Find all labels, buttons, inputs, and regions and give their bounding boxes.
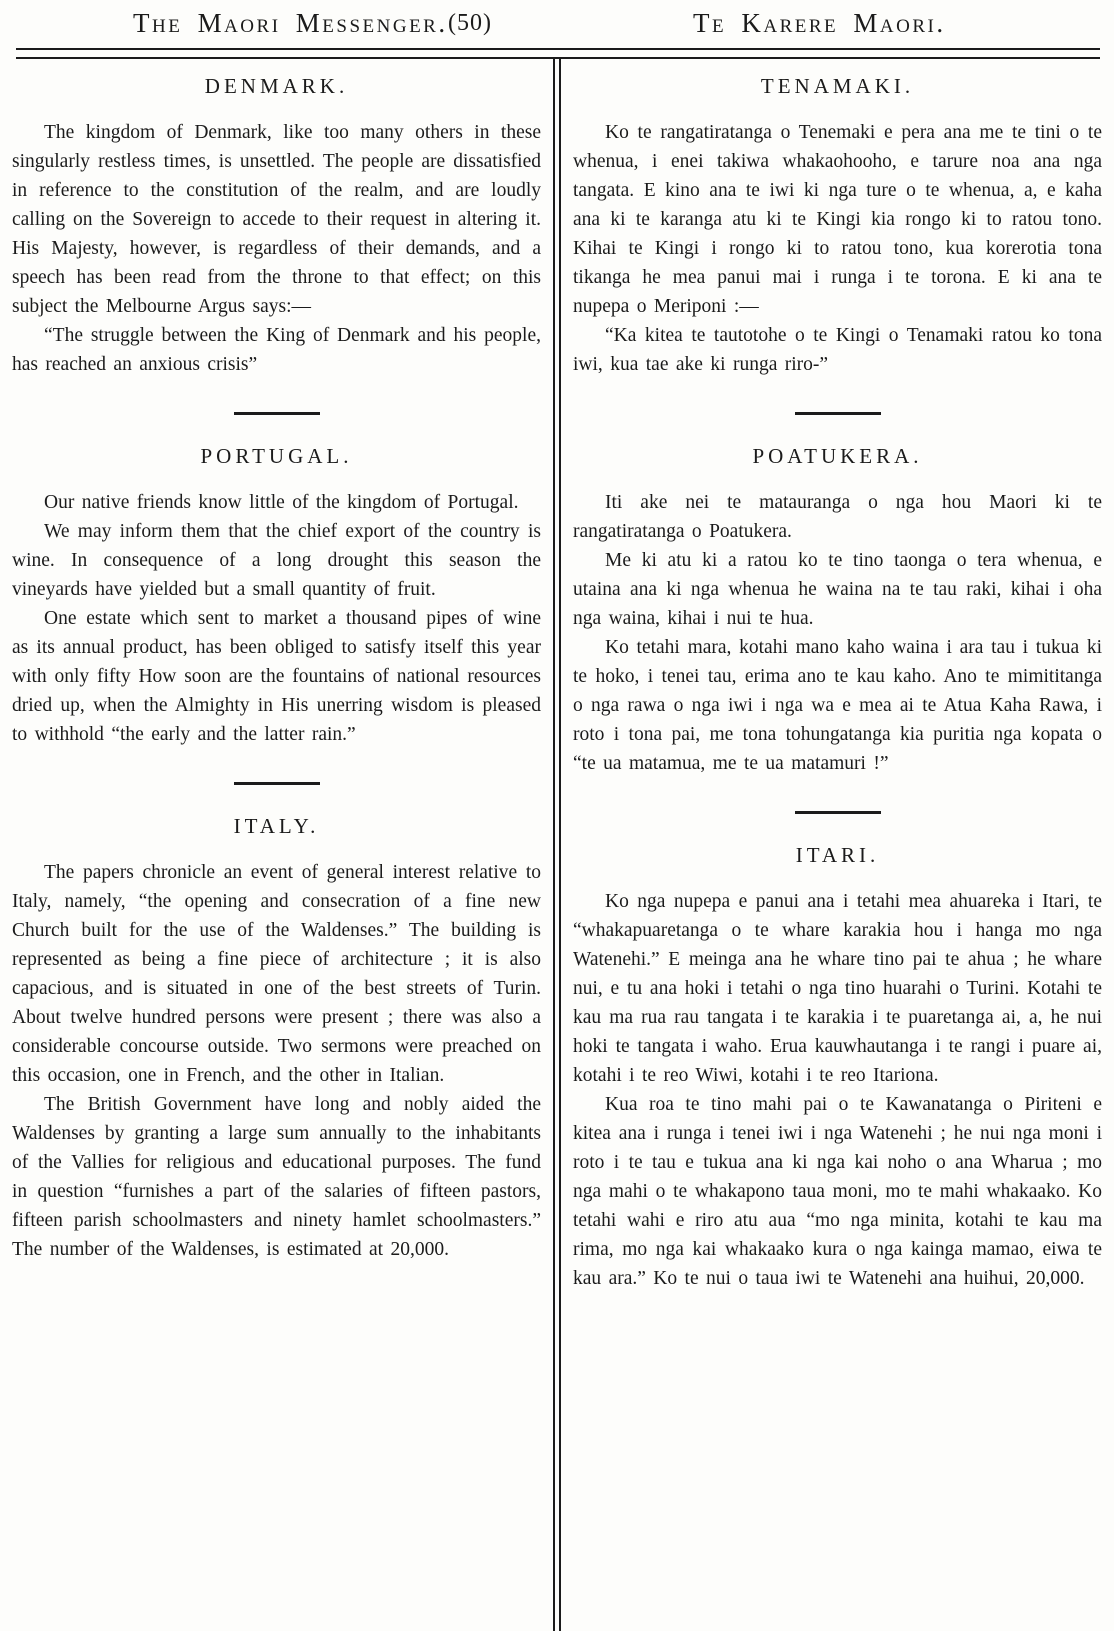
masthead: The Maori Messenger. (50) Te Karere Maor…	[0, 0, 1114, 48]
article-denmark: DENMARK. The kingdom of Denmark, like to…	[12, 72, 541, 379]
section-divider	[795, 811, 881, 814]
article-italy: ITALY. The papers chronicle an event of …	[12, 812, 541, 1264]
article-paragraph: Ko tetahi mara, kotahi mano kaho waina i…	[573, 633, 1102, 778]
article-paragraph: The papers chronicle an event of general…	[12, 858, 541, 1090]
article-paragraph: One estate which sent to market a thousa…	[12, 604, 541, 749]
article-paragraph: Our native friends know little of the ki…	[12, 488, 541, 517]
article-itari: ITARI. Ko nga nupepa e panui ana i tetah…	[573, 841, 1102, 1293]
article-paragraph: “Ka kitea te tautotohe o te Kingi o Tena…	[573, 321, 1102, 379]
article-paragraph: Iti ake nei te matauranga o nga hou Maor…	[573, 488, 1102, 546]
newspaper-page: The Maori Messenger. (50) Te Karere Maor…	[0, 0, 1114, 1631]
section-divider	[795, 412, 881, 415]
section-heading-poatukera: POATUKERA.	[573, 442, 1102, 471]
page-body: DENMARK. The kingdom of Denmark, like to…	[0, 59, 1114, 1631]
section-heading-italy: ITALY.	[12, 812, 541, 841]
masthead-double-rule	[16, 48, 1100, 59]
section-heading-itari: ITARI.	[573, 841, 1102, 870]
article-tenamaki: TENAMAKI. Ko te rangatiratanga o Tenemak…	[573, 72, 1102, 379]
article-poatukera: POATUKERA. Iti ake nei te matauranga o n…	[573, 442, 1102, 778]
english-column: DENMARK. The kingdom of Denmark, like to…	[0, 59, 553, 1631]
masthead-left-title: The Maori Messenger.	[133, 8, 448, 39]
section-heading-portugal: PORTUGAL.	[12, 442, 541, 471]
article-paragraph: Me ki atu ki a ratou ko te tino taonga o…	[573, 546, 1102, 633]
section-heading-tenamaki: TENAMAKI.	[573, 72, 1102, 101]
article-portugal: PORTUGAL. Our native friends know little…	[12, 442, 541, 749]
article-paragraph: Kua roa te tino mahi pai o te Kawanatang…	[573, 1090, 1102, 1293]
page-number: (50)	[448, 10, 492, 37]
article-paragraph: “The struggle between the King of Denmar…	[12, 321, 541, 379]
article-paragraph: The kingdom of Denmark, like too many ot…	[12, 118, 541, 321]
section-divider	[234, 412, 320, 415]
article-paragraph: We may inform them that the chief export…	[12, 517, 541, 604]
column-divider-rule	[553, 59, 561, 1631]
section-heading-denmark: DENMARK.	[12, 72, 541, 101]
maori-column: TENAMAKI. Ko te rangatiratanga o Tenemak…	[561, 59, 1114, 1631]
article-paragraph: Ko te rangatiratanga o Tenemaki e pera a…	[573, 118, 1102, 321]
masthead-right-title: Te Karere Maori.	[693, 8, 946, 39]
article-paragraph: The British Government have long and nob…	[12, 1090, 541, 1264]
section-divider	[234, 782, 320, 785]
article-paragraph: Ko nga nupepa e panui ana i tetahi mea a…	[573, 887, 1102, 1090]
